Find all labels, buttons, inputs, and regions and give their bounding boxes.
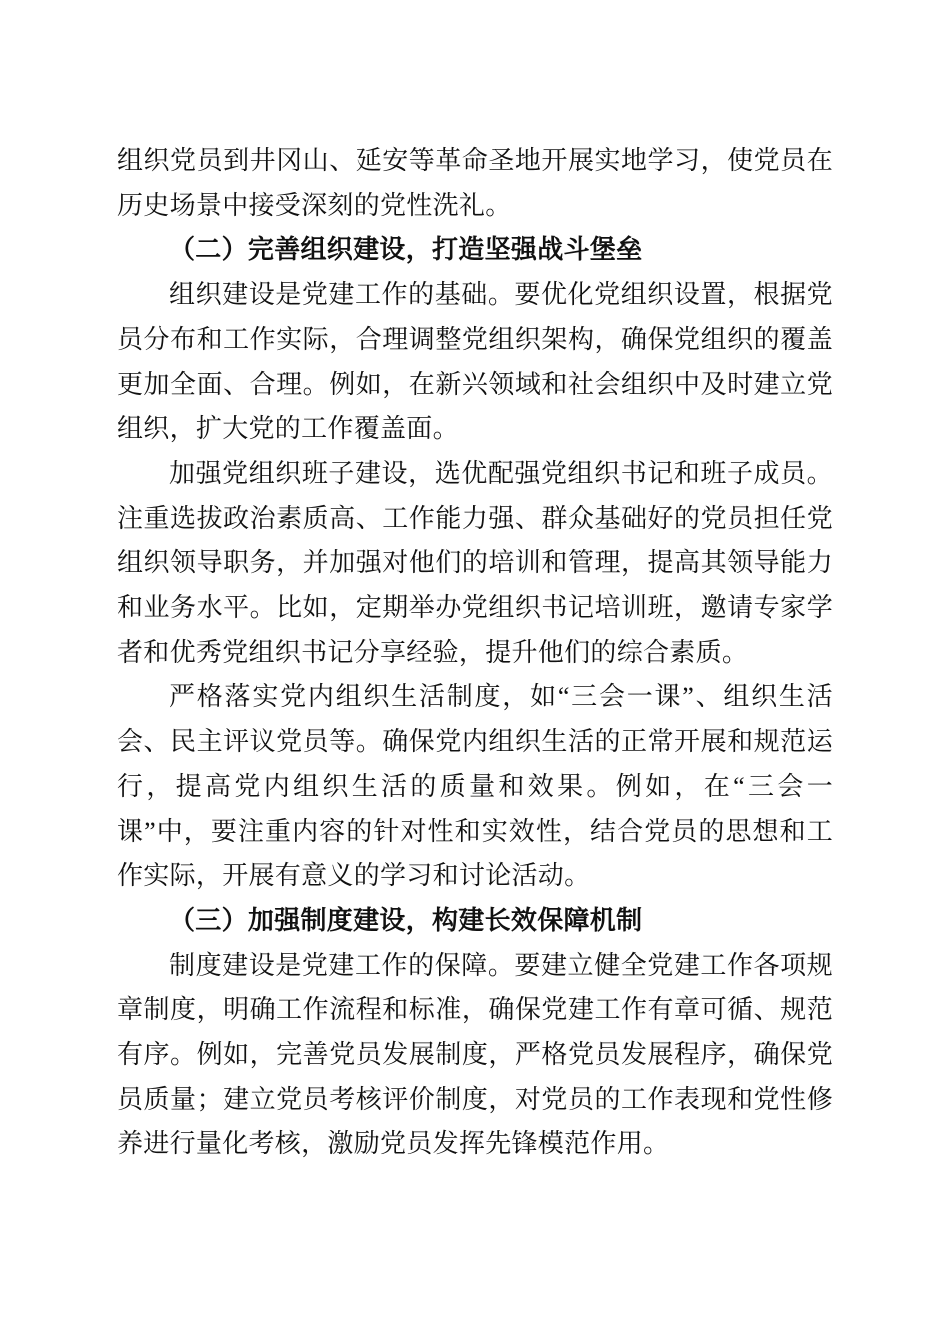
document-page: 组织党员到井冈山、延安等革命圣地开展实地学习，使党员在历史场景中接受深刻的党性洗… <box>0 0 950 1344</box>
paragraph: 严格落实党内组织生活制度，如“三会一课”、组织生活会、民主评议党员等。确保党内组… <box>117 675 833 899</box>
paragraph: 组织党员到井冈山、延安等革命圣地开展实地学习，使党员在历史场景中接受深刻的党性洗… <box>117 139 833 228</box>
section-heading: （二）完善组织建设，打造坚强战斗堡垒 <box>117 228 833 273</box>
paragraph: 制度建设是党建工作的保障。要建立健全党建工作各项规章制度，明确工作流程和标准，确… <box>117 944 833 1168</box>
section-heading: （三）加强制度建设，构建长效保障机制 <box>117 899 833 944</box>
paragraph: 组织建设是党建工作的基础。要优化党组织设置，根据党员分布和工作实际，合理调整党组… <box>117 273 833 452</box>
document-body: 组织党员到井冈山、延安等革命圣地开展实地学习，使党员在历史场景中接受深刻的党性洗… <box>117 139 833 1167</box>
paragraph: 加强党组织班子建设，选优配强党组织书记和班子成员。注重选拔政治素质高、工作能力强… <box>117 452 833 676</box>
